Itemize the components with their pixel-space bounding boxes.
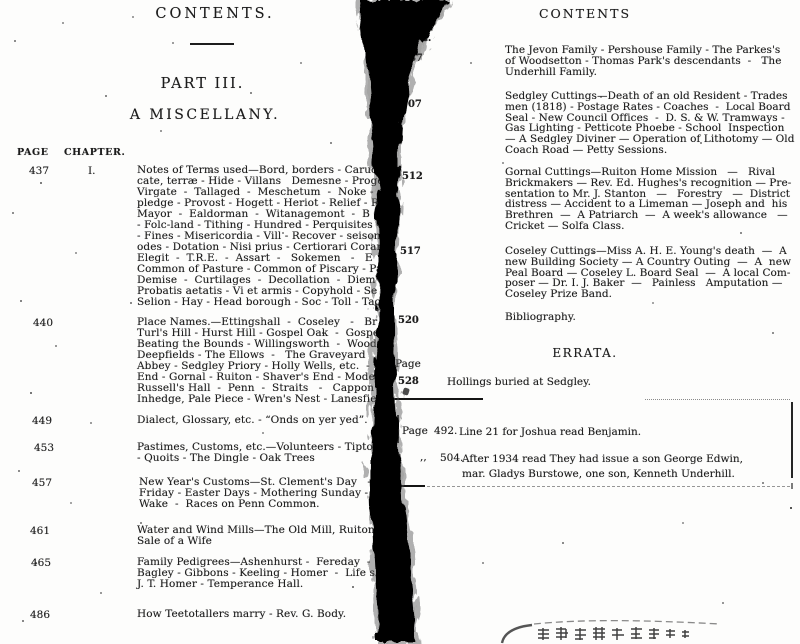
entry-text: New Year's Customs—St. Clement's Day - F… — [139, 477, 371, 510]
addendum-text: After 1934 read They had issue a son Geo… — [462, 452, 743, 482]
scan-noise-speckles — [0, 0, 2, 2]
section-page-number: 487 — [402, 53, 423, 64]
section-text: Bibliography. — [505, 312, 576, 323]
entry-text: Place Names.—Ettingshall - Coseley - Br … — [137, 317, 387, 405]
entry-page-number: 449 — [32, 415, 52, 427]
title-rule — [190, 43, 234, 45]
entry-page-number: 457 — [32, 477, 52, 489]
section-page-number: 507 — [401, 99, 422, 110]
section-page-number: 517 — [400, 246, 421, 257]
part-heading: PART III. — [100, 76, 305, 92]
slip-border-top — [389, 398, 483, 400]
slip-border-right-dash — [791, 483, 793, 489]
addendum-label: ,, — [420, 451, 427, 463]
column-header-page: PAGE — [17, 147, 49, 158]
slip-border-right — [791, 402, 793, 478]
addendum-page-number: 492. — [434, 425, 457, 437]
errata-heading: ERRATA. — [505, 346, 665, 360]
section-text: Gornal Cuttings—Ruiton Home Mission — Ri… — [505, 167, 791, 232]
entry-text: Family Pedigrees—Ashenhurst - Fereday - … — [137, 557, 381, 590]
section-text: Sedgley Cuttings—Death of an old Residen… — [505, 91, 794, 156]
entry-text: How Teetotallers marry - Rev. G. Body. — [137, 609, 346, 620]
slip-border-bottom-dark — [397, 485, 425, 487]
entry-page-number: 461 — [30, 525, 50, 537]
entry-page-number: 437 — [29, 165, 49, 177]
entry-text: Water and Wind Mills—The Old Mill, Ruito… — [137, 525, 375, 547]
entry-page-number: 486 — [30, 609, 50, 621]
gutter-page-header: AGE. — [404, 33, 431, 44]
ink-smudge — [402, 387, 410, 396]
part-subheading: A MISCELLANY. — [95, 107, 315, 123]
section-text: Coseley Cuttings—Miss A. H. E. Young's d… — [505, 246, 791, 300]
addendum-page-number: 504. — [440, 452, 463, 464]
section-page-number: 520 — [398, 315, 419, 326]
addendum-label: Page — [402, 425, 428, 437]
ink-stamp-artifact — [492, 616, 752, 644]
entry-page-number: 465 — [31, 557, 51, 569]
entry-text: Notes of Terms used—Bord, borders - Caru… — [137, 165, 388, 308]
entry-page-number: 440 — [33, 317, 53, 329]
addendum-text: Line 21 for Joshua read Benjamin. — [459, 425, 641, 440]
page-title: CONTENTS — [500, 6, 670, 21]
section-text: The Jevon Family - Pershouse Family - Th… — [505, 45, 781, 77]
page-title: CONTENTS. — [110, 6, 320, 22]
slip-border-left-tick — [397, 415, 399, 443]
slip-border-top-faint — [645, 399, 790, 400]
scanned-contents-page: CONTENTS. PART III. A MISCELLANY. PAGE C… — [0, 0, 800, 644]
slip-border-bottom — [397, 486, 790, 487]
errata-page-column-label: Page — [395, 358, 421, 370]
column-header-chapter: CHAPTER. — [64, 147, 125, 158]
entry-text: Dialect, Glossary, etc. - “Onds on yer y… — [137, 415, 368, 426]
section-page-number: 512 — [402, 171, 423, 182]
errata-text: Hollings buried at Sedgley. — [447, 375, 591, 390]
entry-text: Pastimes, Customs, etc.—Volunteers - Tip… — [137, 442, 380, 464]
errata-page-number: 528 — [398, 376, 419, 387]
entry-chapter-number: I. — [88, 165, 96, 177]
entry-page-number: 453 — [34, 442, 54, 454]
